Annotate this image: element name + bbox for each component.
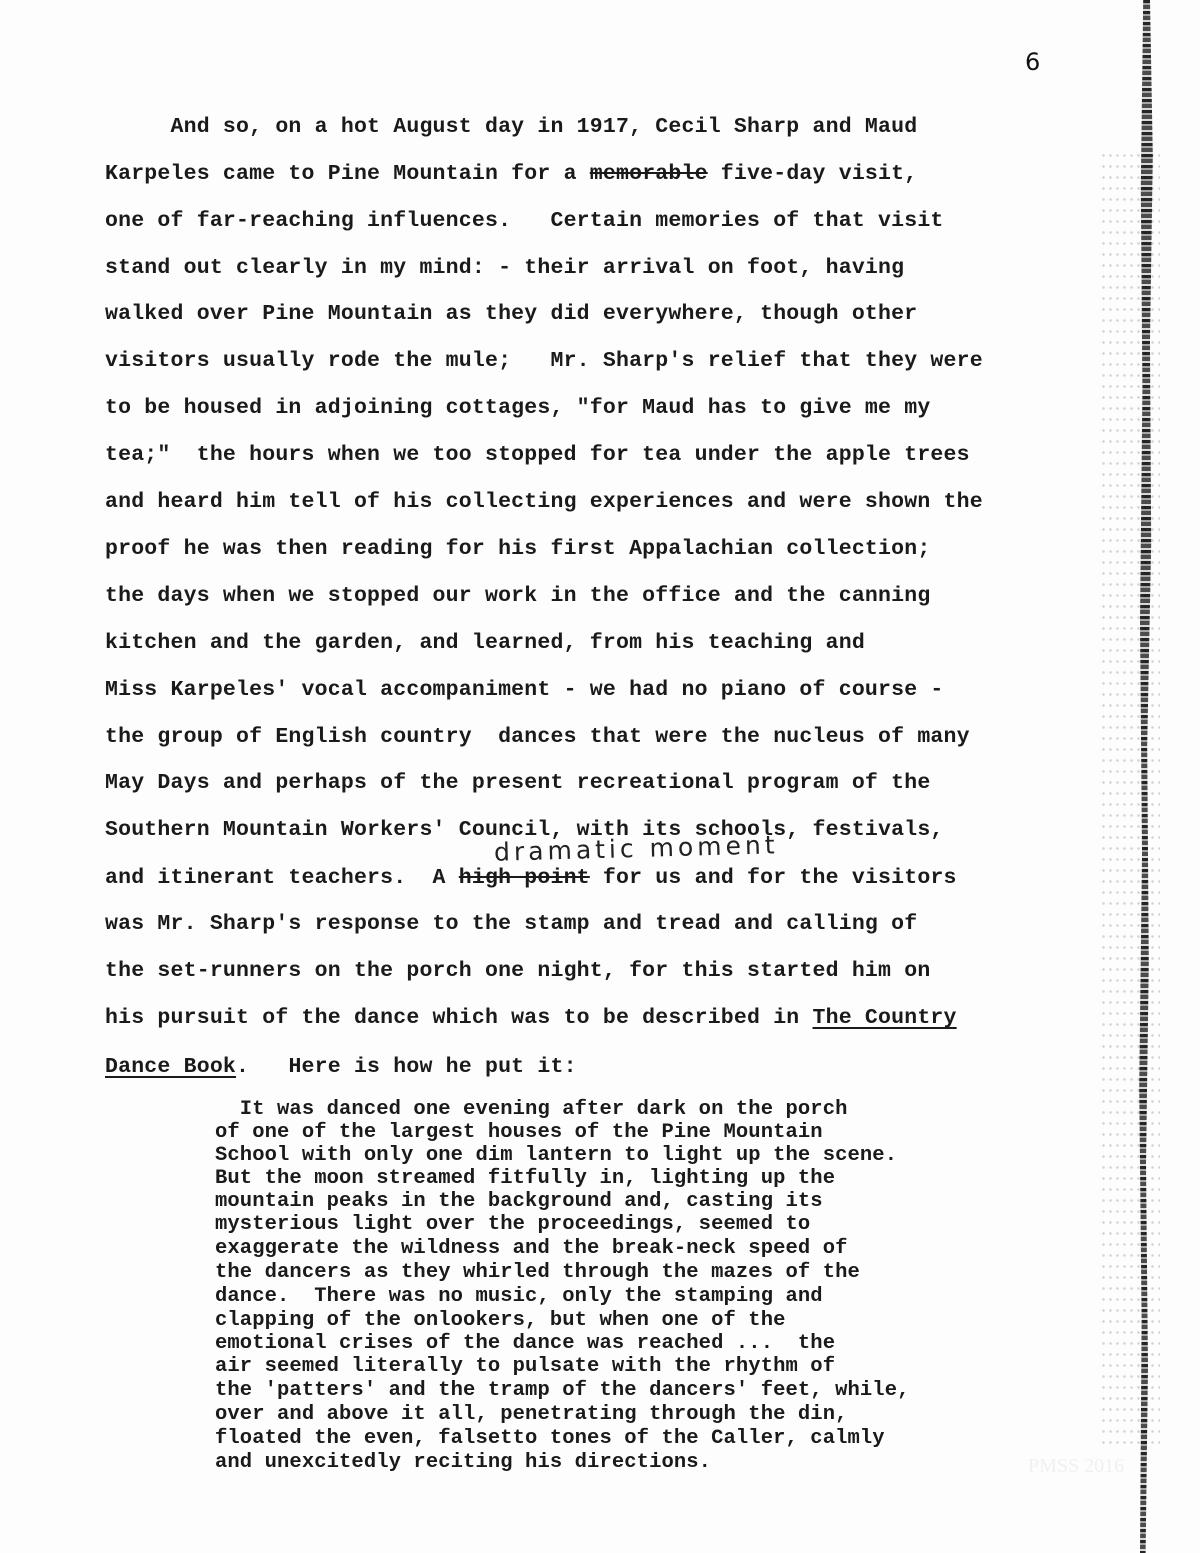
body-line: Dance Book. Here is how he put it: [105,1055,577,1079]
quote-line: But the moon streamed fitfully in, light… [215,1167,835,1190]
quote-line: School with only one dim lantern to ligh… [215,1144,897,1167]
body-line: to be housed in adjoining cottages, "for… [105,396,930,420]
quote-line: floated the even, falsetto tones of the … [215,1427,885,1450]
body-line: Karpeles came to Pine Mountain for a mem… [105,162,917,186]
body-line: stand out clearly in my mind: - their ar… [105,256,904,280]
quote-line: exaggerate the wildness and the break-ne… [215,1237,848,1260]
quote-line: emotional crises of the dance was reache… [215,1332,835,1355]
quote-line: the dancers as they whirled through the … [215,1261,860,1284]
body-line: one of far-reaching influences. Certain … [105,209,944,233]
quote-line: It was danced one evening after dark on … [215,1098,848,1121]
handwritten-insertion: dramatic moment [494,830,779,866]
watermark: PMSS 2016 [1028,1455,1124,1478]
body-line: the days when we stopped our work in the… [105,584,930,608]
body-line: proof he was then reading for his first … [105,537,930,561]
body-line: the set-runners on the porch one night, … [105,959,930,983]
quote-line: air seemed literally to pulsate with the… [215,1355,835,1378]
quote-line: of one of the largest houses of the Pine… [215,1121,823,1144]
body-line: walked over Pine Mountain as they did ev… [105,302,917,326]
quote-line: mysterious light over the proceedings, s… [215,1213,810,1236]
body-line: visitors usually rode the mule; Mr. Shar… [105,349,983,373]
quote-line: clapping of the onlookers, but when one … [215,1309,786,1332]
body-line: tea;" the hours when we too stopped for … [105,443,970,467]
quote-line: dance. There was no music, only the stam… [215,1285,823,1308]
body-line: and heard him tell of his collecting exp… [105,490,983,514]
body-line: was Mr. Sharp's response to the stamp an… [105,912,917,936]
quote-line: and unexcitedly reciting his directions. [215,1451,711,1474]
quote-line: the 'patters' and the tramp of the dance… [215,1379,910,1402]
struck-text: high point [459,866,590,890]
page-number: 6 [1025,48,1040,76]
body-line: Miss Karpeles' vocal accompaniment - we … [105,678,944,702]
struck-text: memorable [590,162,708,186]
body-line: May Days and perhaps of the present recr… [105,771,930,795]
quote-line: over and above it all, penetrating throu… [215,1403,848,1426]
body-line: his pursuit of the dance which was to be… [105,1006,957,1030]
book-title: Dance Book [105,1055,236,1079]
book-title: The Country [813,1006,957,1030]
body-line: kitchen and the garden, and learned, fro… [105,631,865,655]
body-line: and itinerant teachers. A high point for… [105,866,957,890]
body-line: And so, on a hot August day in 1917, Cec… [105,115,917,139]
body-line: the group of English country dances that… [105,725,970,749]
quote-line: mountain peaks in the background and, ca… [215,1190,823,1213]
scan-noise [1100,150,1160,1450]
document-page: 6 And so, on a hot August day in 1917, C… [0,0,1200,1553]
